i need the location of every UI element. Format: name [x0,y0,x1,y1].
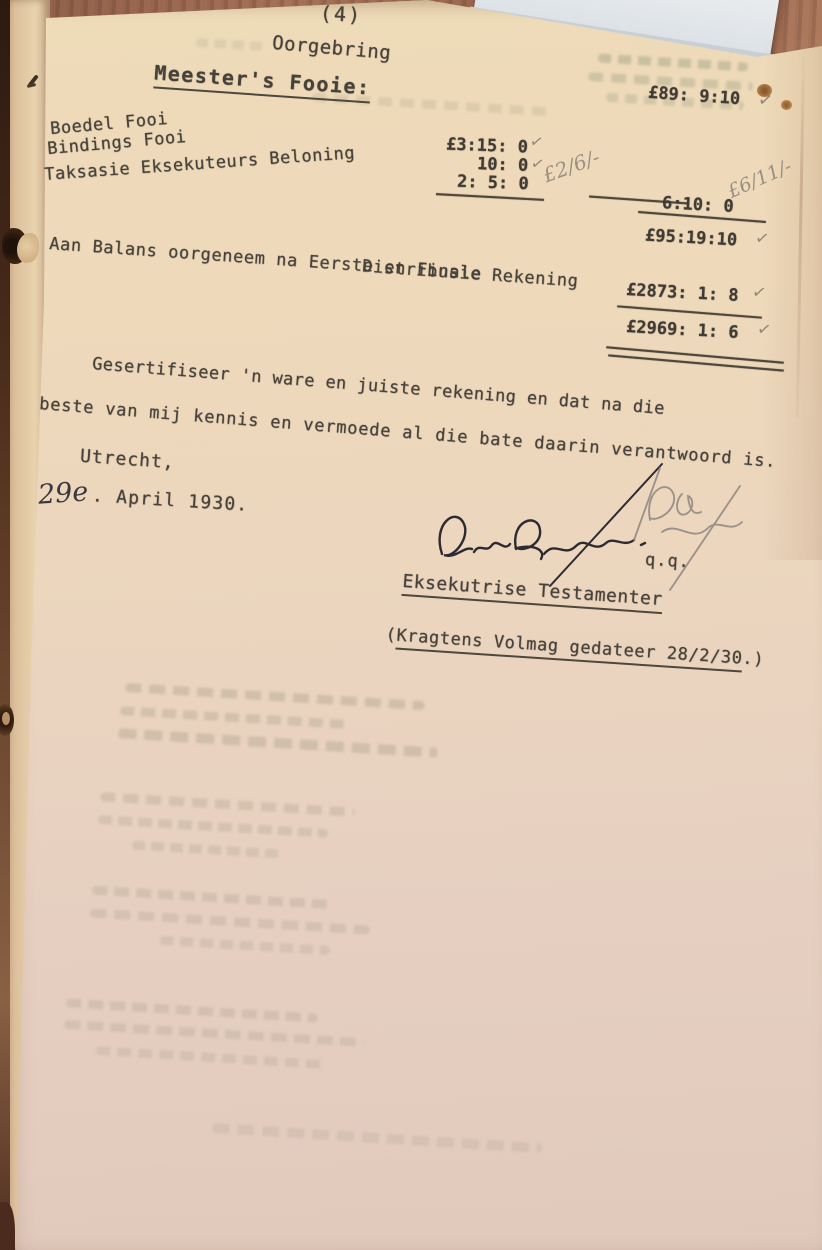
volmag-underlined-text: Kragtens Volmag gedateer 28/2/30 [396,626,744,673]
date-handwritten-29e: 29e [37,476,89,510]
fee-amount-taksasie: 2: 5: 0 [457,172,529,194]
volmag-close-paren: .) [742,649,765,670]
spine-shadow-gap [0,0,10,1250]
paper-stain [781,100,792,110]
document-photo: (4) Oorgebring Meester's Fooie: £89: 9:1… [0,0,822,1250]
page-right-shading [762,40,822,560]
page-number: (4) [319,1,362,27]
qq-designation: q.q. [645,550,691,572]
punch-hole-center [2,712,10,725]
